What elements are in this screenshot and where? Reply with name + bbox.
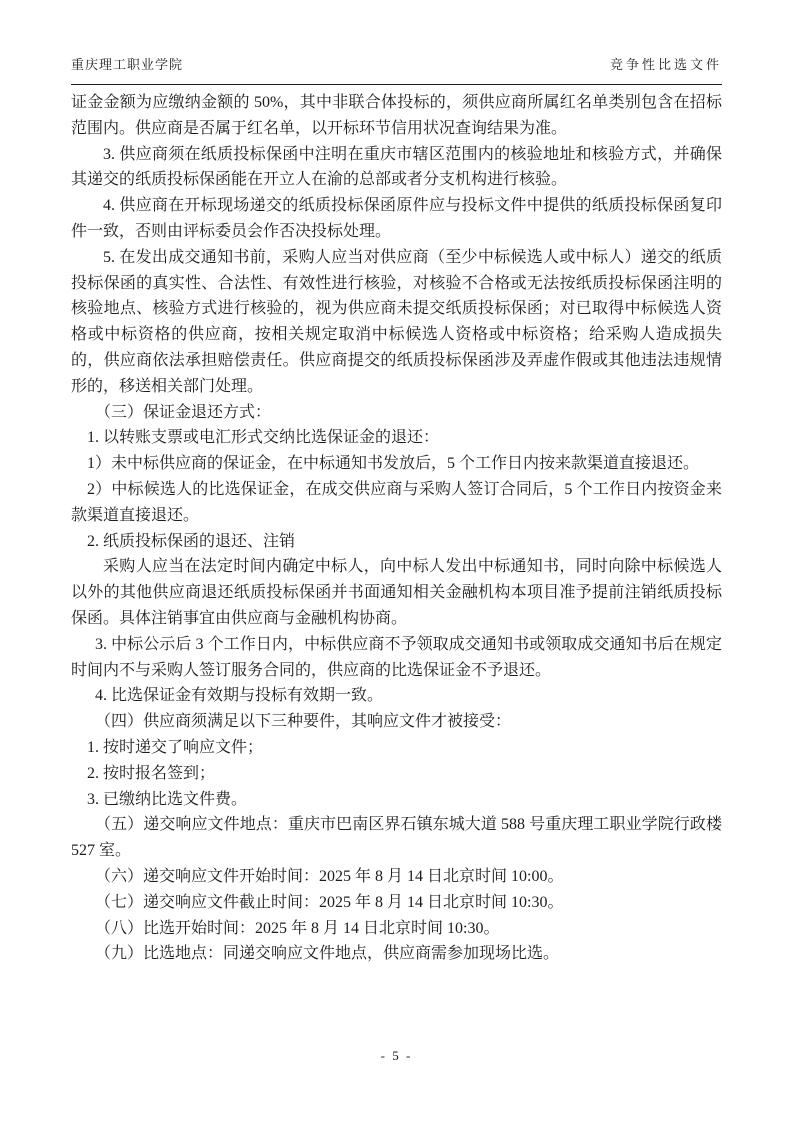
paragraph: 3. 中标公示后 3 个工作日内，中标供应商不予领取成交通知书或领取成交通知书后…: [71, 632, 722, 684]
paragraph: 1）未中标供应商的保证金，在中标通知书发放后，5 个工作日内按来款渠道直接退还。: [71, 451, 722, 477]
paragraph: 3. 已缴纳比选文件费。: [71, 787, 722, 813]
paragraph: （六）递交响应文件开始时间：2025 年 8 月 14 日北京时间 10:00。: [71, 864, 722, 890]
header-document-type: 竞争性比选文件: [610, 56, 722, 74]
paragraph: 2. 按时报名签到；: [71, 761, 722, 787]
page-footer: - 5 -: [0, 1048, 793, 1064]
paragraph: 4. 供应商在开标现场递交的纸质投标保函原件应与投标文件中提供的纸质投标保函复印…: [71, 193, 722, 245]
paragraph: 3. 供应商须在纸质投标保函中注明在重庆市辖区范围内的核验地址和核验方式，并确保…: [71, 142, 722, 194]
header-organization: 重庆理工职业学院: [71, 56, 183, 74]
paragraph: 1. 以转账支票或电汇形式交纳比选保证金的退还：: [71, 425, 722, 451]
document-page: 重庆理工职业学院 竞争性比选文件 证金金额为应缴纳金额的 50%，其中非联合体投…: [0, 0, 793, 1122]
paragraph: 采购人应当在法定时间内确定中标人，向中标人发出中标通知书，同时向除中标候选人以外…: [71, 554, 722, 631]
paragraph: 2. 纸质投标保函的退还、注销: [71, 529, 722, 555]
paragraph: （四）供应商须满足以下三种要件，其响应文件才被接受：: [71, 709, 722, 735]
document-body: 证金金额为应缴纳金额的 50%，其中非联合体投标的，须供应商所属红名单类别包含在…: [71, 90, 722, 967]
paragraph: （九）比选地点：同递交响应文件地点，供应商需参加现场比选。: [71, 941, 722, 967]
paragraph: 2）中标候选人的比选保证金，在成交供应商与采购人签订合同后，5 个工作日内按资金…: [71, 477, 722, 529]
page-header: 重庆理工职业学院 竞争性比选文件: [71, 56, 722, 74]
paragraph: 1. 按时递交了响应文件；: [71, 735, 722, 761]
paragraph: 4. 比选保证金有效期与投标有效期一致。: [71, 683, 722, 709]
paragraph: （八）比选开始时间：2025 年 8 月 14 日北京时间 10:30。: [71, 916, 722, 942]
paragraph: 5. 在发出成交通知书前，采购人应当对供应商（至少中标候选人或中标人）递交的纸质…: [71, 245, 722, 400]
header-rule: [71, 84, 722, 85]
page-number: - 5 -: [381, 1048, 413, 1063]
paragraph: （三）保证金退还方式：: [71, 400, 722, 426]
paragraph: （七）递交响应文件截止时间：2025 年 8 月 14 日北京时间 10:30。: [71, 890, 722, 916]
paragraph: （五）递交响应文件地点：重庆市巴南区界石镇东城大道 588 号重庆理工职业学院行…: [71, 812, 722, 864]
paragraph: 证金金额为应缴纳金额的 50%，其中非联合体投标的，须供应商所属红名单类别包含在…: [71, 90, 722, 142]
